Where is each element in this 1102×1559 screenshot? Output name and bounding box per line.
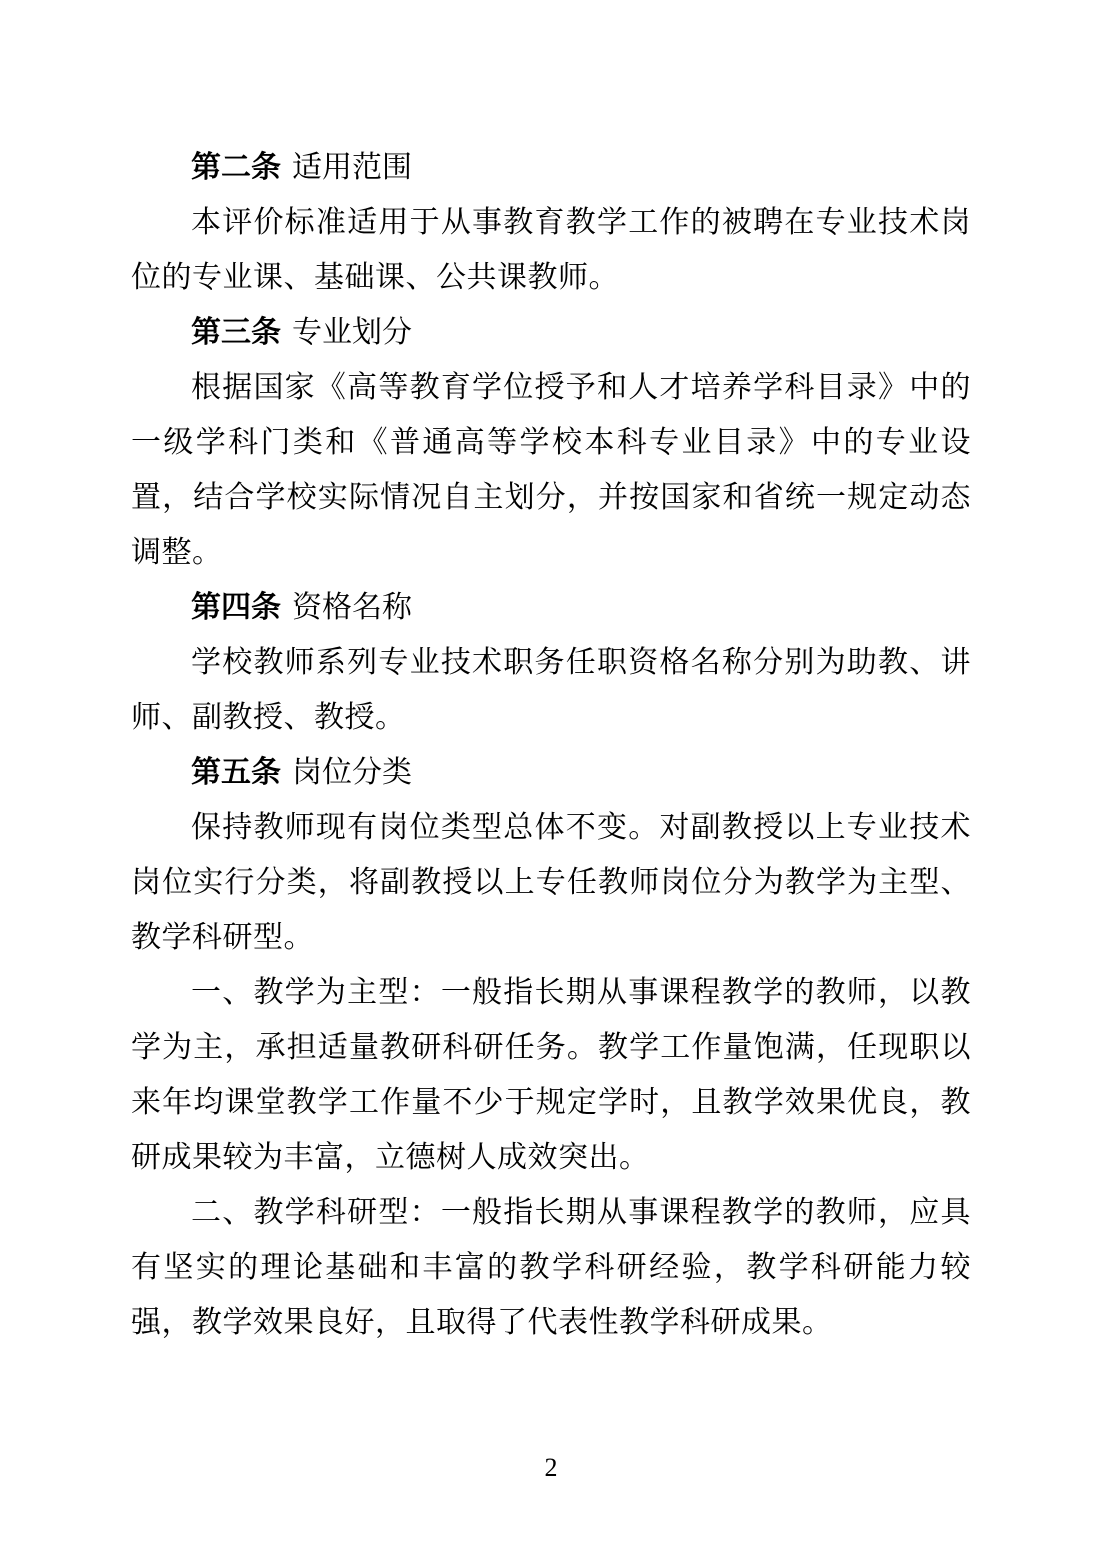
article-number-label: 第三条 <box>191 316 281 349</box>
article-number-label: 第四条 <box>191 591 281 624</box>
article-paragraph: 二、教学科研型：一般指长期从事课程教学的教师，应具有坚实的理论基础和丰富的教学科… <box>131 1185 971 1350</box>
article-title: 专业划分 <box>292 316 412 349</box>
article-title: 岗位分类 <box>292 756 412 789</box>
article-number-label: 第五条 <box>191 756 281 789</box>
article-title: 资格名称 <box>292 591 412 624</box>
article-paragraph: 根据国家《高等教育学位授予和人才培养学科目录》中的一级学科门类和《普通高等学校本… <box>131 360 971 580</box>
article-paragraph: 本评价标准适用于从事教育教学工作的被聘在专业技术岗位的专业课、基础课、公共课教师… <box>131 195 971 305</box>
article-number-label: 第二条 <box>191 151 281 184</box>
article-heading: 第四条资格名称 <box>131 580 971 635</box>
article-heading: 第五条岗位分类 <box>131 745 971 800</box>
article-paragraph: 保持教师现有岗位类型总体不变。对副教授以上专业技术岗位实行分类，将副教授以上专任… <box>131 800 971 965</box>
document-body: 第二条适用范围 本评价标准适用于从事教育教学工作的被聘在专业技术岗位的专业课、基… <box>131 140 971 1350</box>
article-paragraph: 学校教师系列专业技术职务任职资格名称分别为助教、讲师、副教授、教授。 <box>131 635 971 745</box>
document-page: 第二条适用范围 本评价标准适用于从事教育教学工作的被聘在专业技术岗位的专业课、基… <box>0 0 1102 1559</box>
article-heading: 第二条适用范围 <box>131 140 971 195</box>
page-number: 2 <box>0 1452 1102 1484</box>
article-heading: 第三条专业划分 <box>131 305 971 360</box>
article-title: 适用范围 <box>292 151 412 184</box>
article-paragraph: 一、教学为主型：一般指长期从事课程教学的教师，以教学为主，承担适量教研科研任务。… <box>131 965 971 1185</box>
